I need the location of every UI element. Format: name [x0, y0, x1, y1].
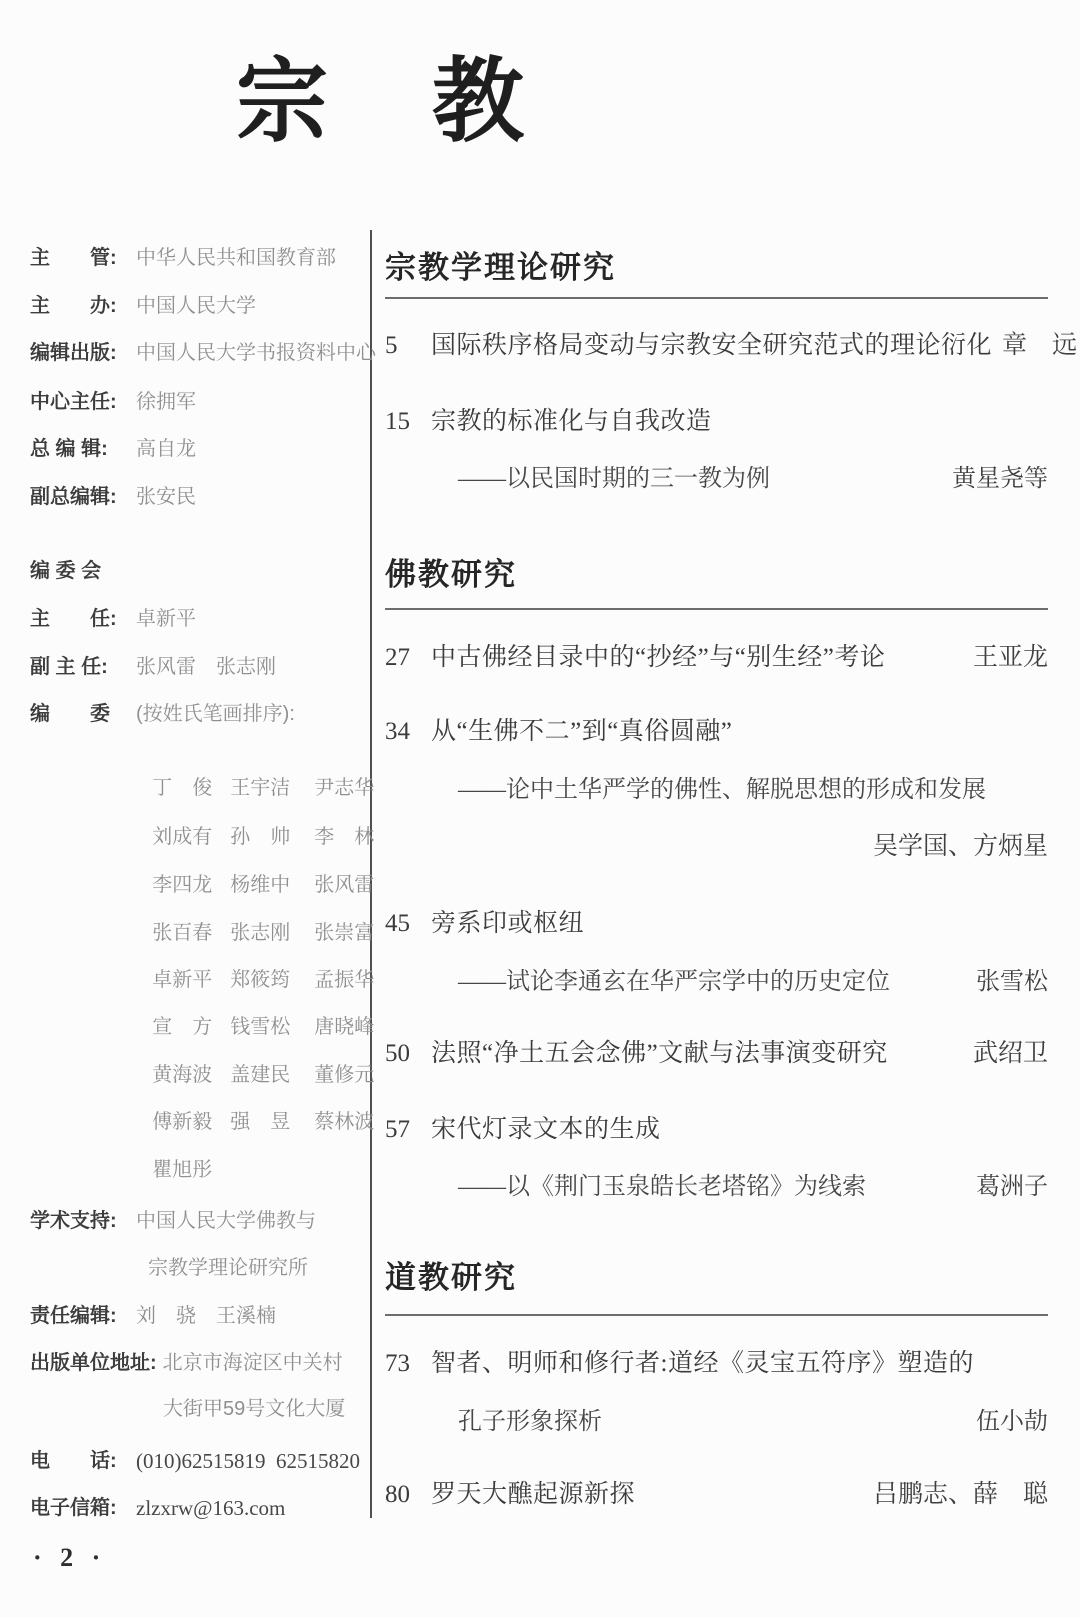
- contact-label: 学术支持:: [30, 1208, 130, 1234]
- masthead-label: 中心主任:: [30, 389, 130, 415]
- toc-item-page: 50: [385, 1038, 431, 1070]
- masthead-row: 副总编辑: 张安民: [30, 484, 365, 510]
- toc-item: 73 智者、明师和修行者:道经《灵宝五符序》塑造的: [385, 1348, 1048, 1380]
- toc-item: 80 罗天大醮起源新探 吕鹏志、薛 聪: [385, 1479, 1048, 1511]
- toc-item-page: 73: [385, 1348, 431, 1380]
- masthead-row: 主 办: 中国人民大学: [30, 293, 365, 319]
- toc-item-subtitle: ——试论李通玄在华严宗学中的历史定位: [458, 966, 966, 998]
- masthead-value: 高自龙: [136, 436, 196, 462]
- toc-item: 5 国际秩序格局变动与宗教安全研究范式的理论衍化 章 远: [385, 330, 1048, 362]
- toc-item-continuation-row: 孔子形象探析 伍小劼: [458, 1406, 1048, 1438]
- journal-toc-page: 宗 教 主 管: 中华人民共和国教育部 主 办: 中国人民大学 编辑出版: 中国…: [0, 0, 1080, 1617]
- board-member-row: 瞿旭彤: [130, 1131, 390, 1209]
- board-row: 编 委 (按姓氏笔画排序):: [30, 701, 365, 727]
- toc-item-subtitle: ——以《荆门玉泉皓长老塔铭》为线索: [458, 1171, 966, 1203]
- masthead-value: 中华人民共和国教育部: [136, 245, 336, 271]
- toc-item-title: 从“生佛不二”到“真俗圆融”: [431, 716, 1048, 748]
- toc-item-author: 葛洲子: [976, 1171, 1048, 1203]
- toc-item-author: 伍小劼: [976, 1406, 1048, 1438]
- toc-item-author: 张雪松: [976, 966, 1048, 998]
- masthead-value: 徐拥军: [136, 389, 196, 415]
- toc-section-title: 佛教研究: [385, 557, 517, 593]
- masthead-row: 中心主任: 徐拥军: [30, 389, 365, 415]
- masthead-label: 主 管:: [30, 245, 130, 271]
- contact-value: 北京市海淀区中关村: [163, 1350, 343, 1376]
- board-value: 张风雷 张志刚: [136, 654, 276, 680]
- toc-item-title: 罗天大醮起源新探: [431, 1479, 863, 1511]
- contact-label: 责任编辑:: [30, 1303, 130, 1329]
- masthead-row: 编辑出版: 中国人民大学书报资料中心: [30, 340, 365, 366]
- toc-item-author: 吕鹏志、薛 聪: [873, 1479, 1048, 1511]
- toc-item-page: 80: [385, 1479, 431, 1511]
- toc-item-page: 45: [385, 908, 431, 940]
- toc-item-title: 法照“净土五会念佛”文献与法事演变研究: [431, 1038, 963, 1070]
- board-label: 编 委: [30, 701, 130, 727]
- masthead-label: 主 办:: [30, 293, 130, 319]
- masthead-label: 副总编辑:: [30, 484, 130, 510]
- toc-item-author: 吴学国、方炳星: [385, 831, 1048, 863]
- board-header: 编 委 会: [30, 558, 101, 584]
- board-value: (按姓氏笔画排序):: [136, 701, 295, 727]
- contact-row: 责任编辑: 刘 骁 王溪楠: [30, 1303, 365, 1329]
- toc-item-title: 中古佛经目录中的“抄经”与“别生经”考论: [431, 642, 963, 674]
- toc-item-title-continuation: 孔子形象探析: [458, 1406, 966, 1438]
- board-label: 副 主 任:: [30, 654, 130, 680]
- contact-label: 电 话:: [30, 1448, 130, 1474]
- toc-item: 50 法照“净土五会念佛”文献与法事演变研究 武绍卫: [385, 1038, 1048, 1070]
- contact-continuation: 大街甲59号文化大厦: [163, 1396, 345, 1422]
- toc-item-title: 旁系印或枢纽: [431, 908, 1048, 940]
- toc-section-title: 道教研究: [385, 1260, 517, 1296]
- toc-item-page: 15: [385, 406, 431, 438]
- masthead-value: 中国人民大学书报资料中心: [136, 340, 376, 366]
- contact-label: 出版单位地址:: [30, 1350, 157, 1376]
- board-row: 副 主 任: 张风雷 张志刚: [30, 654, 365, 680]
- toc-item-title: 宋代灯录文本的生成: [431, 1114, 1048, 1146]
- toc-item-author: 黄星尧等: [952, 463, 1048, 495]
- board-row: 主 任: 卓新平: [30, 606, 365, 632]
- toc-item: 27 中古佛经目录中的“抄经”与“别生经”考论 王亚龙: [385, 642, 1048, 674]
- contact-row: 电子信箱: zlzxrw@163.com: [30, 1495, 365, 1521]
- section-rule: [385, 608, 1048, 610]
- toc-item: 15 宗教的标准化与自我改造: [385, 406, 1048, 438]
- toc-item: 57 宋代灯录文本的生成: [385, 1114, 1048, 1146]
- page-number: · 2 ·: [33, 1543, 106, 1573]
- contact-row: 出版单位地址: 北京市海淀区中关村: [30, 1350, 365, 1376]
- toc-item-page: 5: [385, 330, 431, 362]
- masthead-label: 总 编 辑:: [30, 436, 130, 462]
- toc-item-author: 章 远: [1002, 330, 1077, 362]
- toc-item-author: 王亚龙: [973, 642, 1048, 674]
- toc-item-subtitle: ——论中土华严学的佛性、解脱思想的形成和发展: [458, 774, 1048, 806]
- contact-value: 中国人民大学佛教与: [136, 1208, 316, 1234]
- section-rule: [385, 297, 1048, 299]
- masthead-value: 中国人民大学: [136, 293, 256, 319]
- board-label: 主 任:: [30, 606, 130, 632]
- contact-value: (010)62515819 62515820: [136, 1448, 360, 1474]
- masthead-label: 编辑出版:: [30, 340, 130, 366]
- contact-row: 学术支持: 中国人民大学佛教与: [30, 1208, 365, 1234]
- toc-item-title: 宗教的标准化与自我改造: [431, 406, 1048, 438]
- contact-label: 电子信箱:: [30, 1495, 130, 1521]
- toc-item-page: 34: [385, 716, 431, 748]
- toc-section-title: 宗教学理论研究: [385, 250, 616, 286]
- masthead-row: 主 管: 中华人民共和国教育部: [30, 245, 365, 271]
- board-member-name: 瞿旭彤: [152, 1157, 230, 1183]
- toc-item-title: 国际秩序格局变动与宗教安全研究范式的理论衍化: [431, 330, 992, 362]
- section-rule: [385, 1314, 1048, 1316]
- toc-item-title: 智者、明师和修行者:道经《灵宝五符序》塑造的: [431, 1348, 1048, 1380]
- toc-item-subtitle: ——以民国时期的三一教为例: [458, 463, 942, 495]
- toc-item-subtitle-row: ——论中土华严学的佛性、解脱思想的形成和发展: [458, 774, 1048, 806]
- contact-continuation: 宗教学理论研究所: [148, 1255, 308, 1281]
- contact-email: zlzxrw@163.com: [136, 1495, 285, 1521]
- masthead-value: 张安民: [136, 484, 196, 510]
- journal-title: 宗 教: [236, 52, 530, 153]
- toc-item-page: 57: [385, 1114, 431, 1146]
- toc-item-subtitle-row: ——以《荆门玉泉皓长老塔铭》为线索 葛洲子: [458, 1171, 1048, 1203]
- toc-item-author: 武绍卫: [973, 1038, 1048, 1070]
- toc-item: 34 从“生佛不二”到“真俗圆融”: [385, 716, 1048, 748]
- contact-value: 刘 骁 王溪楠: [136, 1303, 276, 1329]
- toc-item: 45 旁系印或枢纽: [385, 908, 1048, 940]
- toc-item-subtitle-row: ——以民国时期的三一教为例 黄星尧等: [458, 463, 1048, 495]
- toc-item-page: 27: [385, 642, 431, 674]
- masthead-row: 总 编 辑: 高自龙: [30, 436, 365, 462]
- contact-row: 电 话: (010)62515819 62515820: [30, 1448, 365, 1474]
- board-header-row: 编 委 会: [30, 558, 365, 584]
- toc-item-subtitle-row: ——试论李通玄在华严宗学中的历史定位 张雪松: [458, 966, 1048, 998]
- board-value: 卓新平: [136, 606, 196, 632]
